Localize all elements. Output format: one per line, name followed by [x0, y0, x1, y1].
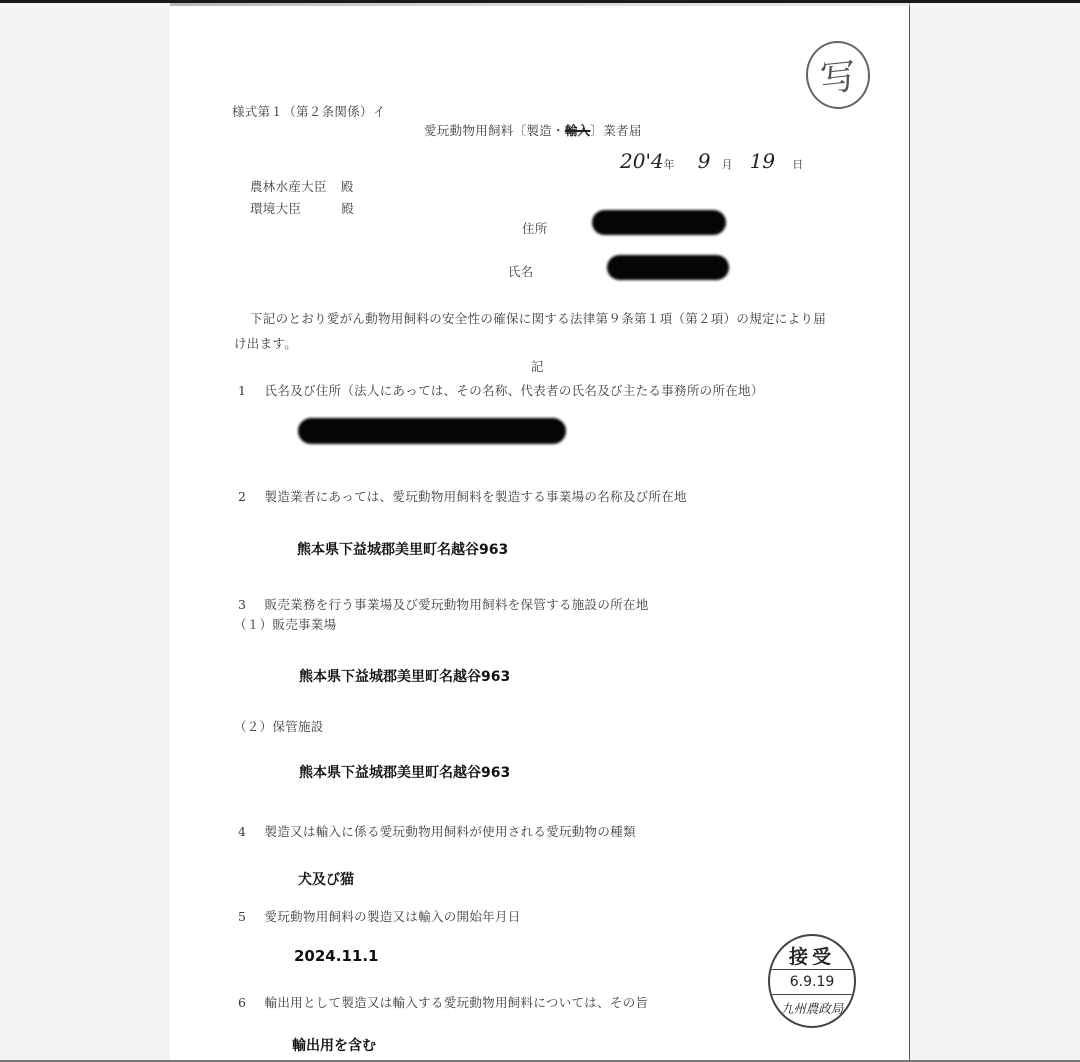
addressee-1: 農林水産大臣殿: [250, 177, 354, 195]
stamp-divider: [770, 994, 854, 995]
item-number: 3: [238, 597, 246, 612]
date-day: 19: [750, 149, 775, 173]
item-5: 5 愛玩動物用飼料の製造又は輸入の開始年月日: [238, 907, 521, 925]
item-number: 5: [238, 909, 246, 924]
received-stamp-title: 接受: [770, 942, 854, 969]
item-2: 2 製造業者にあっては、愛玩動物用飼料を製造する事業場の名称及び所在地: [238, 487, 687, 505]
intro-line-2: け出ます。: [234, 334, 297, 352]
date-year-label: 年: [664, 158, 675, 171]
item-number: 2: [238, 489, 246, 504]
item-6-value: 輸出用を含む: [292, 1035, 376, 1055]
addressee-honorific: 殿: [341, 179, 354, 194]
document-page: 写 様式第１（第２条関係）イ 愛玩動物用飼料〔製造・輸入〕業者届 20'4年 9…: [170, 3, 910, 1060]
title-struck-word: 輸入: [565, 123, 591, 138]
item-3-sub-2-label: （２）保管施設: [234, 717, 324, 735]
title-suffix: 〕業者届: [590, 123, 641, 138]
item-label: 愛玩動物用飼料の製造又は輸入の開始年月日: [265, 909, 521, 924]
redacted-name-and-address: [298, 418, 566, 444]
item-number: 6: [238, 995, 246, 1010]
page-edge-shadow: [170, 3, 910, 6]
ki-heading: 記: [531, 357, 544, 375]
item-number: 4: [238, 824, 246, 839]
date-year: 20'4: [620, 149, 664, 173]
addressee-honorific: 殿: [341, 201, 354, 216]
redacted-address: [592, 210, 726, 235]
item-label: 製造又は輸入に係る愛玩動物用飼料が使用される愛玩動物の種類: [265, 824, 636, 839]
redacted-name: [607, 255, 729, 280]
date-month: 9: [698, 149, 711, 173]
item-4-value: 犬及び猫: [298, 869, 354, 889]
stamp-divider: [770, 969, 854, 970]
copy-stamp-text: 写: [817, 48, 858, 102]
title-prefix: 愛玩動物用飼料〔製造・: [424, 123, 565, 138]
item-label: 製造業者にあっては、愛玩動物用飼料を製造する事業場の名称及び所在地: [265, 489, 687, 504]
item-3: 3 販売業務を行う事業場及び愛玩動物用飼料を保管する施設の所在地: [238, 595, 649, 613]
item-label: 販売業務を行う事業場及び愛玩動物用飼料を保管する施設の所在地: [265, 597, 649, 612]
item-number: 1: [238, 383, 246, 398]
item-3-sub-1-label: （１）販売事業場: [234, 615, 336, 633]
date-month-label: 月: [722, 158, 733, 171]
item-label: 輸出用として製造又は輸入する愛玩動物用飼料については、その旨: [265, 995, 649, 1010]
document-title: 愛玩動物用飼料〔製造・輸入〕業者届: [424, 121, 642, 139]
form-number: 様式第１（第２条関係）イ: [232, 102, 386, 120]
item-4: 4 製造又は輸入に係る愛玩動物用飼料が使用される愛玩動物の種類: [238, 822, 636, 840]
item-label: 氏名及び住所（法人にあっては、その名称、代表者の氏名及び主たる事務所の所在地）: [265, 383, 764, 398]
item-5-value: 2024.11.1: [294, 947, 378, 965]
received-stamp-office: 九州農政局: [770, 999, 854, 1017]
item-6: 6 輸出用として製造又は輸入する愛玩動物用飼料については、その旨: [238, 993, 648, 1011]
item-3-sub-2-value: 熊本県下益城郡美里町名越谷963: [299, 762, 510, 782]
date-day-label: 日: [792, 158, 803, 171]
addressee-name: 農林水産大臣: [250, 179, 327, 194]
copy-stamp: 写: [803, 38, 874, 112]
submission-date: 20'4年 9 月 19 日: [620, 149, 803, 173]
item-1: 1 氏名及び住所（法人にあっては、その名称、代表者の氏名及び主たる事務所の所在地…: [238, 381, 764, 399]
addressee-name: 環境大臣: [250, 201, 301, 216]
item-2-value: 熊本県下益城郡美里町名越谷963: [297, 539, 508, 559]
item-3-sub-1-value: 熊本県下益城郡美里町名越谷963: [299, 666, 510, 686]
intro-line-1: 下記のとおり愛がん動物用飼料の安全性の確保に関する法律第９条第１項（第２項）の規…: [250, 309, 826, 327]
applicant-address-label: 住所: [522, 219, 548, 237]
applicant-name-label: 氏名: [508, 262, 534, 280]
received-stamp-date: 6.9.19: [770, 974, 854, 990]
received-stamp: 接受 6.9.19 九州農政局: [768, 934, 856, 1028]
addressee-2: 環境大臣殿: [250, 199, 354, 217]
